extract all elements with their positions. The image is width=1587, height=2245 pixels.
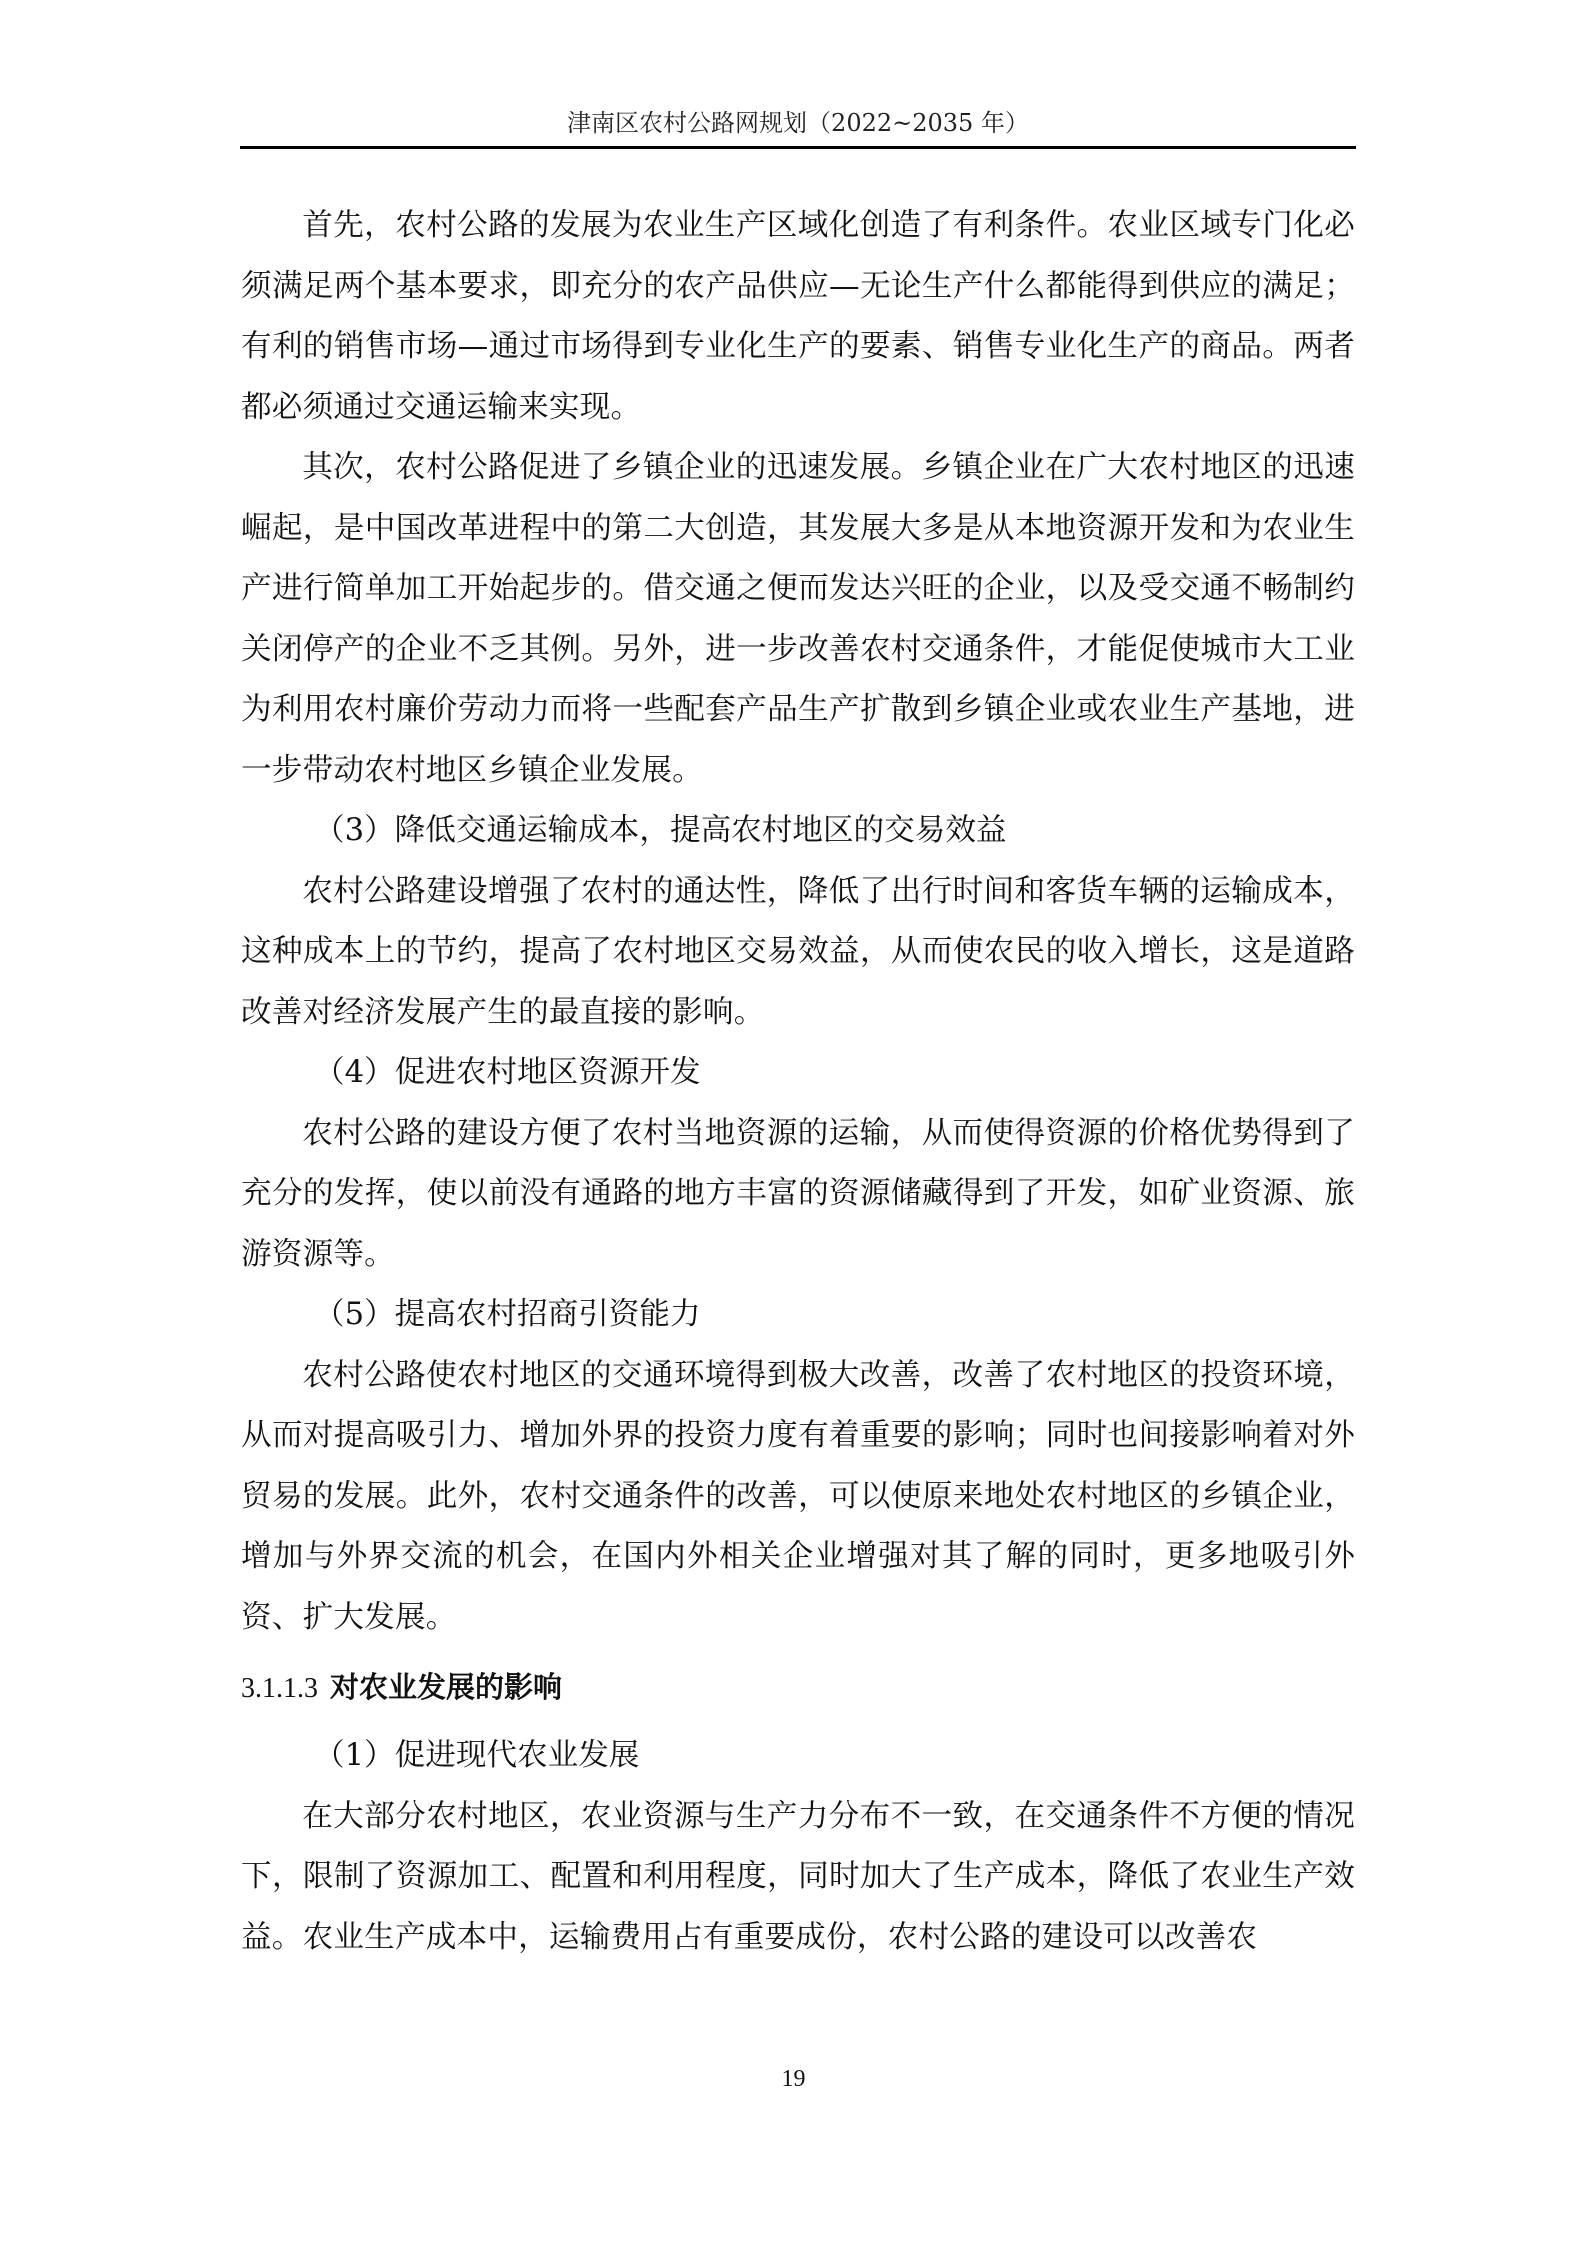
page-number: 19 [0,2066,1587,2093]
paragraph-regional-specialization: 首先，农村公路的发展为农业生产区域化创造了有利条件。农业区域专门化必须满足两个基… [241,196,1355,438]
section-number: 3.1.1.3 [241,1673,318,1704]
document-header-title: 津南区农村公路网规划（2022~2035 年） [240,108,1356,138]
section-heading-agriculture-impact: 3.1.1.3对农业发展的影响 [241,1654,1355,1722]
paragraph-transport-cost: 农村公路建设增强了农村的通达性，降低了出行时间和客货车辆的运输成本，这种成本上的… [241,862,1355,1044]
header-divider [240,146,1356,149]
paragraph-township-enterprises: 其次，农村公路促进了乡镇企业的迅速发展。乡镇企业在广大农村地区的迅速崛起，是中国… [241,438,1355,801]
subheading-investment-attraction: （5）提高农村招商引资能力 [241,1285,1355,1346]
subheading-reduce-transport-cost: （3）降低交通运输成本，提高农村地区的交易效益 [241,801,1355,862]
document-body: 首先，农村公路的发展为农业生产区域化创造了有利条件。农业区域专门化必须满足两个基… [241,196,1355,1968]
paragraph-resource-development: 农村公路的建设方便了农村当地资源的运输，从而使得资源的价格优势得到了充分的发挥，… [241,1104,1355,1286]
section-title: 对农业发展的影响 [330,1670,562,1704]
subheading-modern-agriculture: （1）促进现代农业发展 [241,1726,1355,1787]
subheading-resource-development: （4）促进农村地区资源开发 [241,1043,1355,1104]
paragraph-modern-agriculture: 在大部分农村地区，农业资源与生产力分布不一致，在交通条件不方便的情况下，限制了资… [241,1787,1355,1969]
paragraph-investment-attraction: 农村公路使农村地区的交通环境得到极大改善，改善了农村地区的投资环境，从而对提高吸… [241,1346,1355,1649]
